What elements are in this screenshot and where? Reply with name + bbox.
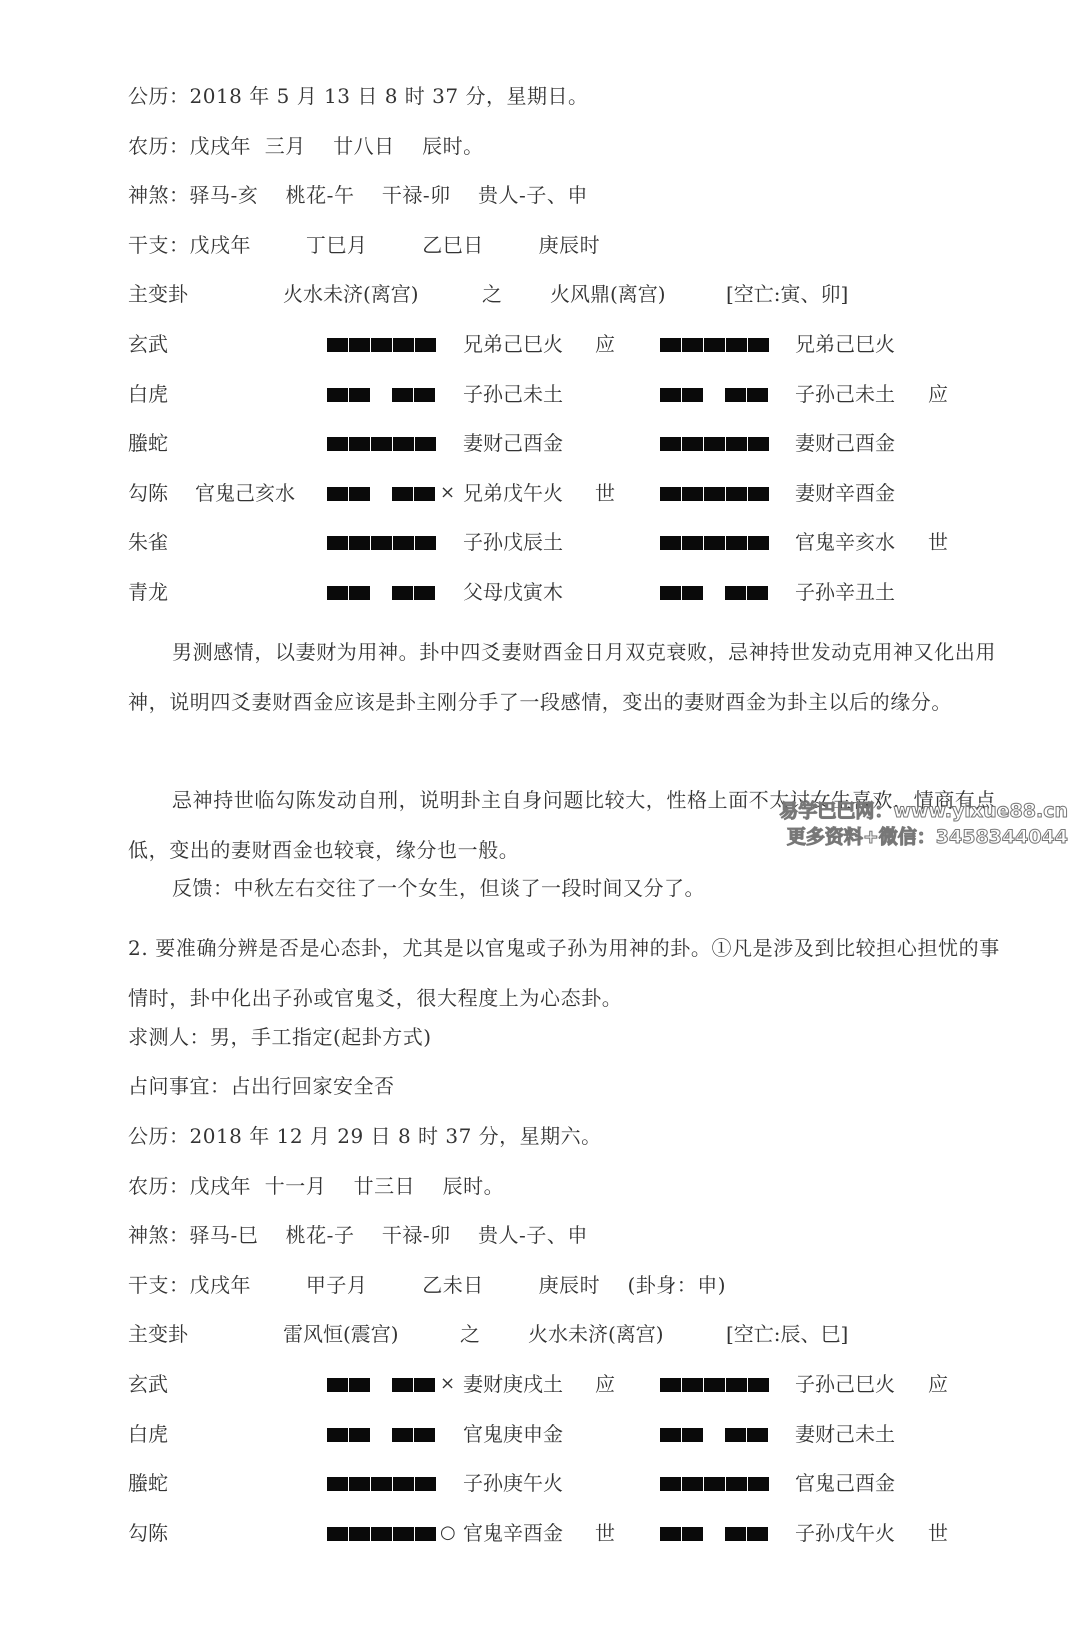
- yin-line-icon: [660, 1527, 768, 1541]
- six-god: 白虎: [128, 1422, 168, 1446]
- case2-shensha: 神煞：驿马-巳 桃花-子 干禄-卯 贵人-子、申: [128, 1223, 588, 1247]
- point-2-text: 2. 要准确分辨是否是心态卦，尤其是以官鬼或子孙为用神的卦。①凡是涉及到比较担心…: [128, 924, 1008, 1023]
- yang-line-icon: [327, 1527, 436, 1541]
- case1-solar-date: 公历：2018 年 5 月 13 日 8 时 37 分，星期日。: [128, 84, 588, 108]
- main-yao-text: 兄弟戊午火: [463, 481, 563, 505]
- changed-yao-text: 妻财己酉金: [795, 431, 895, 455]
- case1-analysis-1: 男测感情，以妻财为用神。卦中四爻妻财酉金日月双克衰败，忌神持世发动克用神又化出用…: [128, 628, 1008, 727]
- yang-line-icon: [660, 536, 769, 550]
- changed-yao-text: 官鬼辛亥水: [795, 530, 895, 554]
- case2-question: 占问事宜：占出行回家安全否: [128, 1074, 395, 1098]
- changed-yao-text: 妻财辛酉金: [795, 481, 895, 505]
- yin-line-icon: [327, 1378, 435, 1392]
- main-yao-text: 官鬼辛酉金: [463, 1521, 563, 1545]
- hidden-yao: 官鬼己亥水: [195, 481, 295, 505]
- yang-line-icon: [660, 487, 769, 501]
- case1-lunar-date: 农历：戊戌年 三月 廿八日 辰时。: [128, 134, 484, 158]
- changed-yao-text: 子孙己未土: [795, 382, 895, 406]
- yin-line-icon: [327, 1428, 435, 1442]
- shi-ying-mark: 世: [928, 1521, 948, 1545]
- shi-ying-mark: 世: [928, 530, 948, 554]
- yang-line-icon: [660, 1477, 769, 1491]
- main-gua-name: 火水未济(离宫): [283, 282, 419, 306]
- main-yao-text: 子孙己未土: [463, 382, 563, 406]
- yang-line-icon: [660, 1378, 769, 1392]
- case2-lunar-date: 农历：戊戌年 十一月 廿三日 辰时。: [128, 1174, 504, 1198]
- changed-yao-text: 子孙辛丑土: [795, 580, 895, 604]
- yin-line-icon: [660, 586, 768, 600]
- case2-asker: 求测人：男，手工指定(起卦方式): [128, 1025, 432, 1049]
- moving-line-mark: ○: [440, 1521, 456, 1545]
- case1-feedback: 反馈：中秋左右交往了一个女生，但谈了一段时间又分了。: [172, 876, 705, 900]
- yang-line-icon: [327, 338, 436, 352]
- kongwang: [空亡:寅、卯]: [726, 282, 848, 306]
- changed-yao-text: 子孙己巳火: [795, 1372, 895, 1396]
- six-god: 螣蛇: [128, 1471, 168, 1495]
- changed-gua-name: 火风鼎(离宫): [550, 282, 666, 306]
- main-yao-text: 官鬼庚申金: [463, 1422, 563, 1446]
- six-god: 朱雀: [128, 530, 168, 554]
- shi-ying-mark: 应: [928, 1372, 948, 1396]
- watermark-site: 易学巴巴网：www.yixue88.cn: [779, 796, 1068, 823]
- shi-ying-mark: 应: [928, 382, 948, 406]
- changed-yao-text: 妻财己未土: [795, 1422, 895, 1446]
- shi-ying-mark: 应: [595, 1372, 615, 1396]
- six-god: 螣蛇: [128, 431, 168, 455]
- case2-solar-date: 公历：2018 年 12 月 29 日 8 时 37 分，星期六。: [128, 1124, 602, 1148]
- gua-header-label: 主变卦: [128, 282, 188, 306]
- zhi-connector: 之: [460, 1322, 480, 1346]
- yin-line-icon: [327, 586, 435, 600]
- shi-ying-mark: 世: [595, 481, 615, 505]
- yin-line-icon: [327, 487, 435, 501]
- yin-line-icon: [660, 388, 768, 402]
- kongwang: [空亡:辰、巳]: [726, 1322, 848, 1346]
- main-yao-text: 子孙戊辰土: [463, 530, 563, 554]
- case1-shensha: 神煞：驿马-亥 桃花-午 干禄-卯 贵人-子、申: [128, 183, 588, 207]
- yang-line-icon: [660, 338, 769, 352]
- main-gua-name: 雷风恒(震宫): [283, 1322, 399, 1346]
- changed-gua-name: 火水未济(离宫): [528, 1322, 664, 1346]
- case1-ganzhi: 干支：戊戌年 丁巳月 乙巳日 庚辰时: [128, 233, 600, 257]
- changed-yao-text: 官鬼己酉金: [795, 1471, 895, 1495]
- shi-ying-mark: 世: [595, 1521, 615, 1545]
- six-god: 青龙: [128, 580, 168, 604]
- six-god: 勾陈: [128, 1521, 168, 1545]
- main-yao-text: 妻财庚戌土: [463, 1372, 563, 1396]
- yin-line-icon: [327, 388, 435, 402]
- six-god: 玄武: [128, 332, 168, 356]
- yang-line-icon: [327, 536, 436, 550]
- yang-line-icon: [660, 437, 769, 451]
- six-god: 玄武: [128, 1372, 168, 1396]
- yang-line-icon: [327, 1477, 436, 1491]
- main-yao-text: 子孙庚午火: [463, 1471, 563, 1495]
- main-yao-text: 父母戊寅木: [463, 580, 563, 604]
- six-god: 勾陈: [128, 481, 168, 505]
- yin-line-icon: [660, 1428, 768, 1442]
- gua-header-label: 主变卦: [128, 1322, 188, 1346]
- yang-line-icon: [327, 437, 436, 451]
- main-yao-text: 妻财己酉金: [463, 431, 563, 455]
- watermark-wechat: 更多资料+微信：3458344044: [787, 822, 1068, 849]
- main-yao-text: 兄弟己巳火: [463, 332, 563, 356]
- zhi-connector: 之: [482, 282, 502, 306]
- six-god: 白虎: [128, 382, 168, 406]
- changed-yao-text: 子孙戊午火: [795, 1521, 895, 1545]
- changed-yao-text: 兄弟己巳火: [795, 332, 895, 356]
- moving-line-mark: ×: [440, 481, 455, 505]
- case2-ganzhi: 干支：戊戌年 甲子月 乙未日 庚辰时 (卦身：申): [128, 1273, 726, 1297]
- shi-ying-mark: 应: [595, 332, 615, 356]
- moving-line-mark: ×: [440, 1372, 455, 1396]
